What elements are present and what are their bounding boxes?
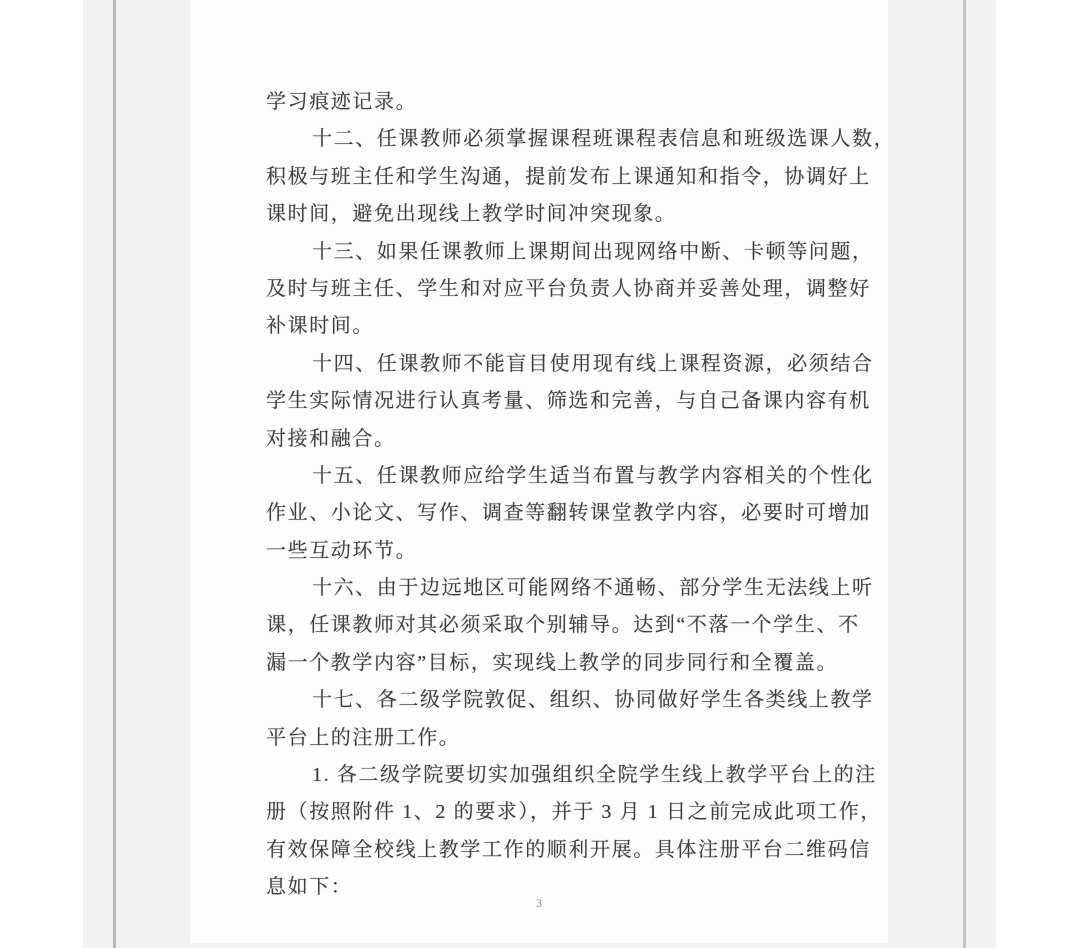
text-line: 平台上的注册工作。 (266, 720, 858, 757)
text-line: 十五、任课教师应给学生适当布置与教学内容相关的个性化 (266, 458, 858, 495)
left-divider (113, 0, 116, 948)
text-line: 1. 各二级学院要切实加强组织全院学生线上教学平台上的注 (266, 757, 858, 794)
text-line: 十二、任课教师必须掌握课程班课程表信息和班级选课人数， (266, 121, 858, 158)
text-line: 有效保障全校线上教学工作的顺利开展。具体注册平台二维码信 (266, 832, 858, 869)
text-line: 作业、小论文、写作、调查等翻转课堂教学内容，必要时可增加 (266, 495, 858, 532)
text-line: 十六、由于边远地区可能网络不通畅、部分学生无法线上听 (266, 570, 858, 607)
page-number: 3 (190, 896, 888, 911)
text-line: 册（按照附件 1、2 的要求），并于 3 月 1 日之前完成此项工作， (266, 794, 858, 831)
right-divider (963, 0, 966, 948)
text-line: 十三、如果任课教师上课期间出现网络中断、卡顿等问题， (266, 234, 858, 271)
text-line: 对接和融合。 (266, 421, 858, 458)
text-line: 课时间，避免出现线上教学时间冲突现象。 (266, 196, 858, 233)
text-line: 课，任课教师对其必须采取个别辅导。达到“不落一个学生、不 (266, 607, 858, 644)
document-viewer: 学习痕迹记录。十二、任课教师必须掌握课程班课程表信息和班级选课人数，积极与班主任… (0, 0, 1080, 948)
text-line: 漏一个教学内容”目标，实现线上教学的同步同行和全覆盖。 (266, 645, 858, 682)
text-line: 积极与班主任和学生沟通，提前发布上课通知和指令，协调好上 (266, 159, 858, 196)
text-line: 补课时间。 (266, 308, 858, 345)
document-page: 学习痕迹记录。十二、任课教师必须掌握课程班课程表信息和班级选课人数，积极与班主任… (190, 0, 888, 943)
page-text: 学习痕迹记录。十二、任课教师必须掌握课程班课程表信息和班级选课人数，积极与班主任… (266, 84, 858, 907)
text-line: 学习痕迹记录。 (266, 84, 858, 121)
text-line: 十七、各二级学院敦促、组织、协同做好学生各类线上教学 (266, 682, 858, 719)
text-line: 十四、任课教师不能盲目使用现有线上课程资源，必须结合 (266, 346, 858, 383)
text-line: 学生实际情况进行认真考量、筛选和完善，与自己备课内容有机 (266, 383, 858, 420)
text-line: 一些互动环节。 (266, 533, 858, 570)
text-line: 及时与班主任、学生和对应平台负责人协商并妥善处理，调整好 (266, 271, 858, 308)
